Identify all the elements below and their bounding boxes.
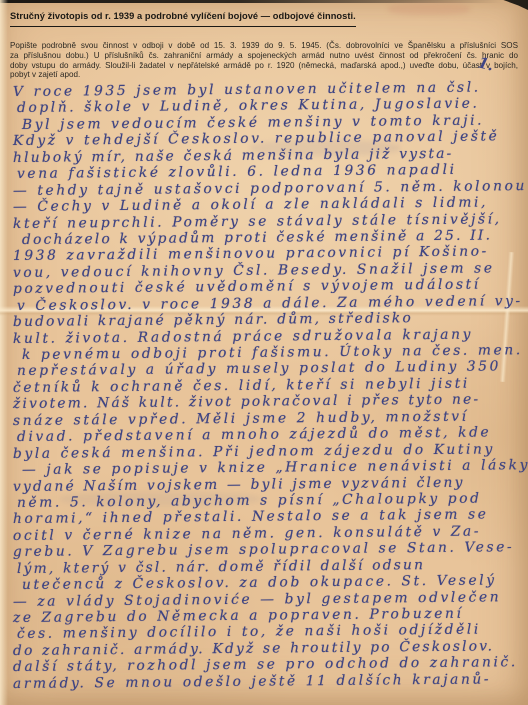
- document-page: Stručný životopis od r. 1939 a podrobné …: [0, 0, 528, 705]
- instructions-paragraph: Popište podrobně svou činnost v odboji v…: [10, 41, 518, 80]
- bleed-through-mark: [388, 3, 470, 15]
- form-header-title: Stručný životopis od r. 1939 a podrobné …: [10, 11, 356, 27]
- instruction-line: Popište podrobně svou činnost v odboji v…: [10, 41, 518, 51]
- instruction-line: pobyt v zajetí apod.: [10, 70, 518, 80]
- instruction-line: za příslušnou dobu.) U příslušníků čs. z…: [10, 51, 518, 61]
- paper-fold-edge-left: [0, 0, 8, 705]
- form-header: Stručný životopis od r. 1939 a podrobné …: [10, 6, 356, 27]
- instruction-line: doby vstupu do armády. Sloužil-li žadate…: [10, 61, 518, 71]
- handwritten-text: V roce 1935 jsem byl ustanoven učitelem …: [13, 84, 525, 692]
